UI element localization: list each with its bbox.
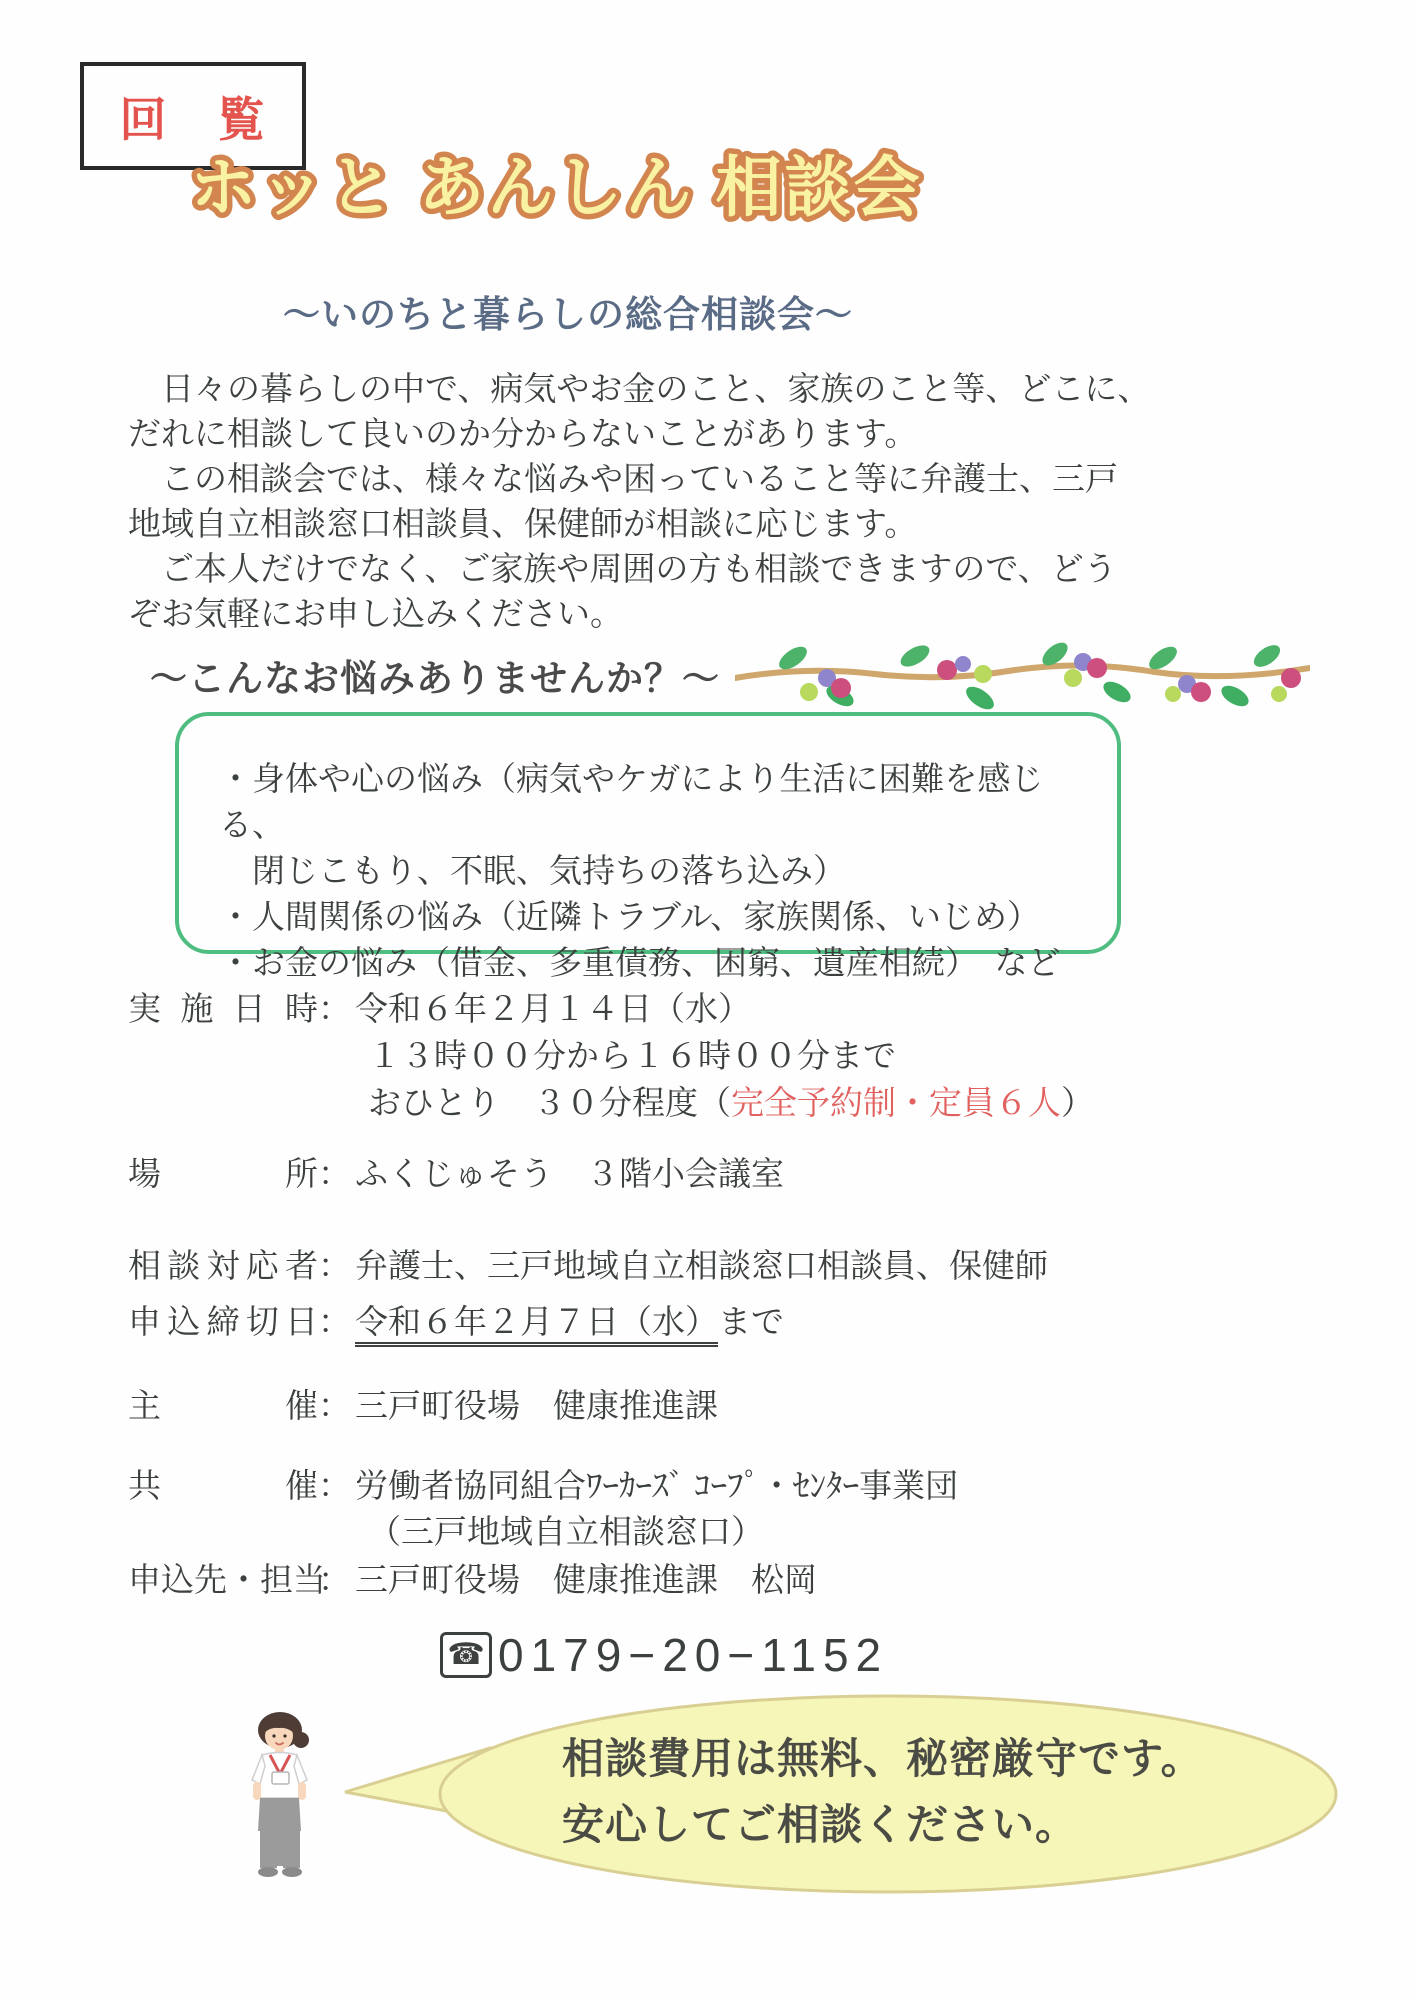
phone-icon: ☎ bbox=[440, 1632, 492, 1678]
schedule-time: １３時００分から１６時００分まで bbox=[368, 1030, 896, 1077]
counselors-row: 相談対応者：弁護士、三戸地域自立相談窓口相談員、保健師 bbox=[128, 1240, 1048, 1287]
contact-label: 申込先・担当 bbox=[128, 1554, 318, 1601]
worries-heading: 〜こんなお悩みありませんか？〜 bbox=[150, 648, 720, 702]
bubble-text-line2: 安心してご相談ください。 bbox=[562, 1792, 1078, 1852]
reservation-note: 完全予約制・定員６人 bbox=[731, 1084, 1061, 1121]
worry-item: ・人間関係の悩み（近隣トラブル、家族関係、いじめ） bbox=[219, 894, 1093, 940]
phone-number: 0179−20−1152 bbox=[498, 1628, 888, 1682]
intro-line: だれに相談して良いのか分からないことがあります。 bbox=[128, 411, 1318, 456]
counselors-label: 相談対応者 bbox=[128, 1240, 318, 1287]
intro-paragraphs: 日々の暮らしの中で、病気やお金のこと、家族のこと等、どこに、 だれに相談して良い… bbox=[128, 366, 1318, 636]
intro-line: 地域自立相談窓口相談員、保健師が相談に応じます。 bbox=[128, 501, 1318, 546]
schedule-row: 実施日時：令和６年２月１４日（水） bbox=[128, 983, 751, 1030]
counselors-value: 弁護士、三戸地域自立相談窓口相談員、保健師 bbox=[355, 1247, 1048, 1284]
schedule-label: 実施日時 bbox=[128, 983, 318, 1030]
place-value: ふくじゅそう ３階小会議室 bbox=[355, 1155, 784, 1192]
worry-item: 閉じこもり、不眠、気持ちの落ち込み） bbox=[219, 848, 1093, 894]
page-subtitle: 〜いのちと暮らしの総合相談会〜 bbox=[283, 284, 853, 338]
contact-value: 三戸町役場 健康推進課 松岡 bbox=[355, 1561, 817, 1598]
worries-box: ・身体や心の悩み（病気やケガにより生活に困難を感じる、 閉じこもり、不眠、気持ち… bbox=[175, 712, 1121, 954]
organizer-value: 三戸町役場 健康推進課 bbox=[355, 1387, 718, 1424]
bubble-text-line1: 相談費用は無料、秘密厳守です。 bbox=[562, 1726, 1204, 1786]
phone-line: ☎ 0179−20−1152 bbox=[440, 1628, 888, 1682]
cosponsor-value-line2: （三戸地域自立相談窓口） bbox=[368, 1506, 764, 1553]
deadline-label: 申込締切日 bbox=[128, 1296, 318, 1343]
cosponsor-row: 共催：労働者協同組合ﾜｰｶｰｽﾞ ｺｰﾌﾟ・ｾﾝﾀｰ事業団 bbox=[128, 1460, 958, 1507]
schedule-date: 令和６年２月１４日（水） bbox=[355, 990, 751, 1027]
cosponsor-label: 共催 bbox=[128, 1460, 318, 1507]
organizer-row: 主催：三戸町役場 健康推進課 bbox=[128, 1380, 718, 1427]
intro-line: この相談会では、様々な悩みや困っていること等に弁護士、三戸 bbox=[128, 456, 1318, 501]
place-label: 場所 bbox=[128, 1148, 318, 1195]
vine-decoration-icon bbox=[735, 626, 1310, 721]
cosponsor-value: 労働者協同組合ﾜｰｶｰｽﾞ ｺｰﾌﾟ・ｾﾝﾀｰ事業団 bbox=[355, 1467, 958, 1504]
flyer-page: 回 覧 ホッと あんしん 相談会 〜いのちと暮らしの総合相談会〜 日々の暮らしの… bbox=[0, 0, 1414, 2000]
worry-item: ・お金の悩み（借金、多重債務、困窮、遺産相続） など bbox=[219, 940, 1093, 986]
worry-item: ・身体や心の悩み（病気やケガにより生活に困難を感じる、 bbox=[219, 756, 1093, 848]
deadline-date: 令和６年２月７日（水） bbox=[355, 1303, 718, 1347]
organizer-label: 主催 bbox=[128, 1380, 318, 1427]
schedule-note: おひとり ３０分程度（完全予約制・定員６人） bbox=[368, 1077, 1094, 1124]
intro-line: 日々の暮らしの中で、病気やお金のこと、家族のこと等、どこに、 bbox=[128, 366, 1318, 411]
contact-row: 申込先・担当：三戸町役場 健康推進課 松岡 bbox=[128, 1554, 817, 1601]
intro-line: ご本人だけでなく、ご家族や周囲の方も相談できますので、どう bbox=[128, 546, 1318, 591]
staff-illustration bbox=[238, 1706, 322, 1881]
deadline-row: 申込締切日：令和６年２月７日（水）まで bbox=[128, 1296, 784, 1343]
page-title: ホッと あんしん 相談会 bbox=[190, 150, 923, 224]
place-row: 場所：ふくじゅそう ３階小会議室 bbox=[128, 1148, 784, 1195]
page-title-art: ホッと あんしん 相談会 bbox=[150, 124, 1030, 244]
